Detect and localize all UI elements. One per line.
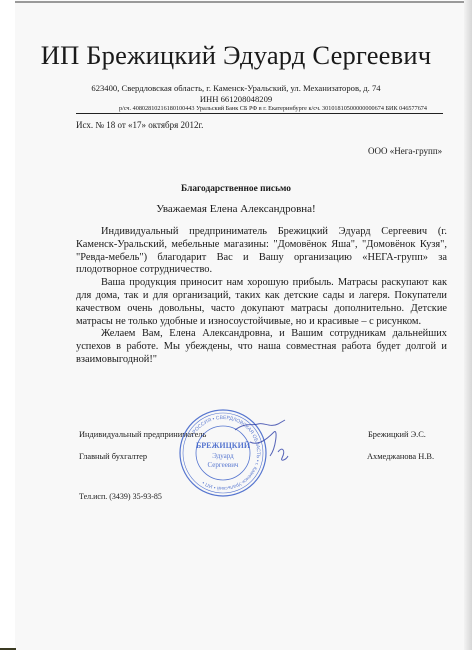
signer-name-entrepreneur: Брежицкий Э.С.: [368, 430, 426, 439]
letterhead-title: ИП Брежицкий Эдуард Сергеевич: [0, 40, 472, 71]
paragraph-3: Желаем Вам, Елена Александровна, и Вашим…: [76, 328, 447, 366]
contact-phone: Тел.исп. (3439) 35-93-85: [79, 492, 162, 501]
letterhead-bank-details: р/сч. 40802810216180100443 Уральский Бан…: [78, 105, 468, 112]
letterhead-inn: ИНН 661208048209: [0, 94, 472, 104]
letter-body: Индивидуальный предприниматель Брежицкий…: [76, 226, 447, 367]
scan-top-edge: [15, 1, 472, 3]
signer-title-accountant: Главный бухгалтер: [79, 452, 147, 461]
paragraph-1: Индивидуальный предприниматель Брежицкий…: [76, 226, 447, 277]
signer-name-accountant: Ахмеджанова Н.В.: [367, 452, 434, 461]
letterhead-divider: [76, 113, 443, 114]
letter-greeting: Уважаемая Елена Александровна!: [0, 203, 472, 215]
handwritten-signature-icon: [230, 412, 290, 472]
outgoing-reference: Исх. № 18 от «17» октября 2012г.: [76, 120, 203, 130]
recipient: ООО «Нега-групп»: [368, 146, 442, 156]
letter-heading: Благодарственное письмо: [0, 184, 472, 194]
letterhead-address: 623400, Свердловская область, г. Каменск…: [0, 83, 472, 93]
paragraph-2: Ваша продукция приносит нам хорошую приб…: [76, 277, 447, 328]
